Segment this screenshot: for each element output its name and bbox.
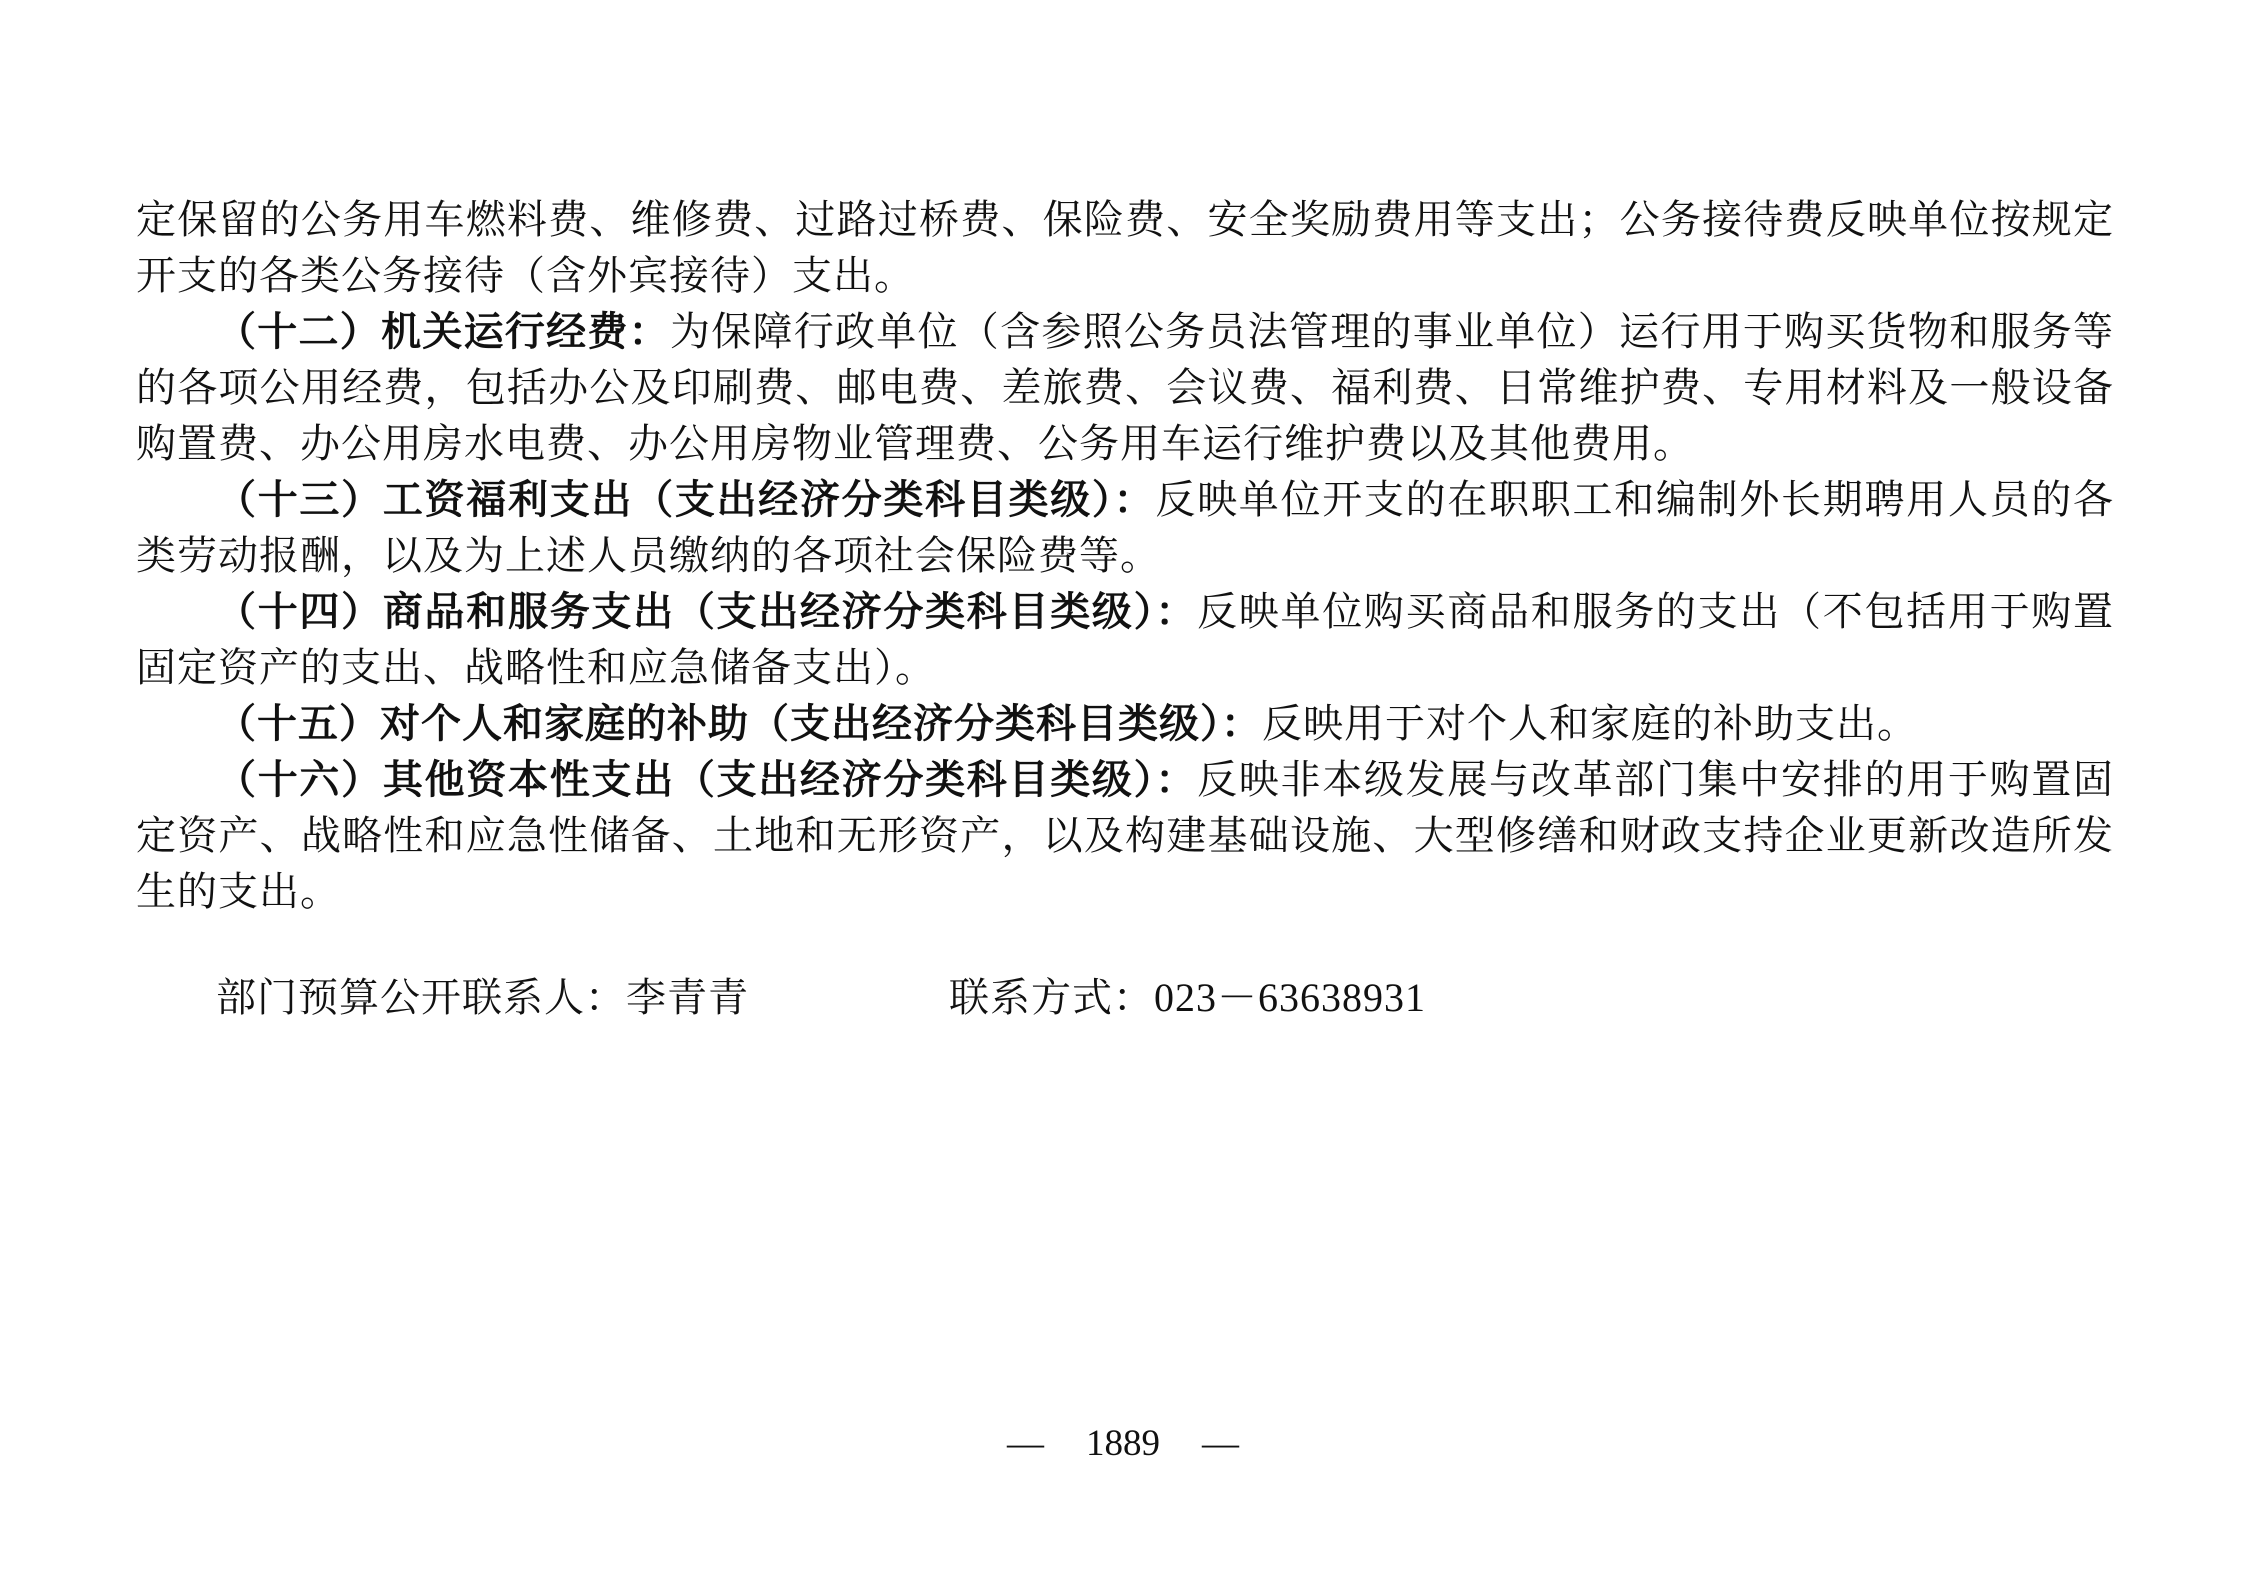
contact-phone: 联系方式：023－63638931 [949,975,1426,1020]
page-footer: —1889— [0,1422,2246,1466]
paragraph-lead: （十六）其他资本性支出（支出经济分类科目类级）： [216,757,1197,802]
document-body: 定保留的公务用车燃料费、维修费、过路过桥费、保险费、安全奖励费用等支出；公务接待… [136,192,2114,1026]
paragraph-lead: （十四）商品和服务支出（支出经济分类科目类级）： [216,589,1197,634]
paragraph-item-12: （十二）机关运行经费：为保障行政单位（含参照公务员法管理的事业单位）运行用于购买… [136,304,2114,472]
paragraph-item-14: （十四）商品和服务支出（支出经济分类科目类级）：反映单位购买商品和服务的支出（不… [136,584,2114,696]
contact-line: 部门预算公开联系人：李青青联系方式：023－63638931 [136,970,2114,1026]
paragraph-lead: （十三）工资福利支出（支出经济分类科目类级）： [216,477,1155,522]
paragraph-continuation: 定保留的公务用车燃料费、维修费、过路过桥费、保险费、安全奖励费用等支出；公务接待… [136,192,2114,304]
document-page: 定保留的公务用车燃料费、维修费、过路过桥费、保险费、安全奖励费用等支出；公务接待… [0,0,2246,1588]
paragraph-text: 反映用于对个人和家庭的补助支出。 [1262,701,1918,746]
page-number: 1889 [1086,1423,1160,1464]
paragraph-lead: （十五）对个人和家庭的补助（支出经济分类科目类级）： [216,701,1262,746]
paragraph-text: 定保留的公务用车燃料费、维修费、过路过桥费、保险费、安全奖励费用等支出；公务接待… [136,197,2114,298]
paragraph-item-15: （十五）对个人和家庭的补助（支出经济分类科目类级）：反映用于对个人和家庭的补助支… [136,696,2114,752]
paragraph-item-16: （十六）其他资本性支出（支出经济分类科目类级）：反映非本级发展与改革部门集中安排… [136,752,2114,920]
contact-person: 部门预算公开联系人：李青青 [216,975,749,1020]
paragraph-item-13: （十三）工资福利支出（支出经济分类科目类级）：反映单位开支的在职职工和编制外长期… [136,472,2114,584]
footer-dash-right: — [1202,1423,1239,1464]
paragraph-lead: （十二）机关运行经费： [216,309,670,354]
footer-dash-left: — [1007,1423,1044,1464]
